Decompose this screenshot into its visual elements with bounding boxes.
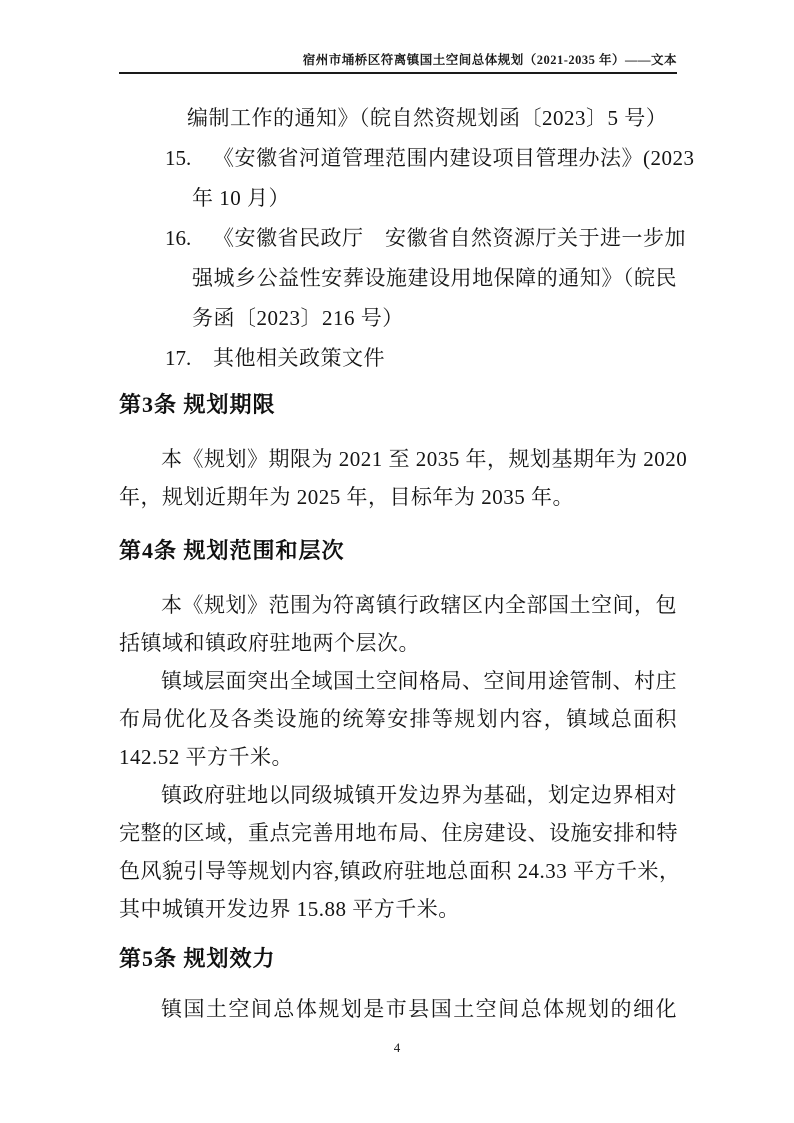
page-content: 编制工作的通知》（皖自然资规划函〔2023〕5 号） 15.《安徽省河道管理范围…	[119, 78, 677, 1028]
page-number: 4	[394, 1040, 401, 1055]
list-item-line: 其他相关政策文件	[213, 346, 385, 370]
paragraph-line: 布局优化及各类设施的统筹安排等规划内容，镇域总面积	[119, 700, 677, 738]
list-item-15: 15.《安徽省河道管理范围内建设项目管理办法》(2023	[119, 138, 677, 178]
paragraph-line: 142.52 平方千米。	[119, 738, 677, 776]
list-item-14-continuation-line: 编制工作的通知》（皖自然资规划函〔2023〕5 号）	[119, 98, 677, 138]
article-heading-3: 第3条 规划期限	[119, 386, 677, 424]
list-item-line: 《安徽省河道管理范围内建设项目管理办法》(2023	[213, 146, 695, 170]
paragraph-line: 括镇域和镇政府驻地两个层次。	[119, 624, 677, 662]
paragraph-line: 年，规划近期年为 2025 年，目标年为 2035 年。	[119, 478, 677, 516]
paragraph-line: 完整的区域，重点完善用地布局、住房建设、设施安排和特	[119, 814, 677, 852]
list-item-16-line-3: 务函〔2023〕216 号）	[119, 298, 677, 338]
list-item-number: 16.	[165, 218, 213, 258]
paragraph-line: 本《规划》范围为符离镇行政辖区内全部国土空间，包	[119, 586, 677, 624]
list-item-15-line-2: 年 10 月）	[119, 178, 677, 218]
list-item-16: 16.《安徽省民政厅 安徽省自然资源厅关于进一步加	[119, 218, 677, 258]
list-item-number: 17.	[165, 338, 213, 378]
paragraph-line: 镇政府驻地以同级城镇开发边界为基础，划定边界相对	[119, 776, 677, 814]
list-item-17: 17.其他相关政策文件	[119, 338, 677, 378]
header-title: 宿州市埇桥区符离镇国土空间总体规划（2021-2035 年）——文本	[303, 53, 677, 67]
article-heading-5: 第5条 规划效力	[119, 940, 677, 978]
list-item-number: 15.	[165, 138, 213, 178]
paragraph-line: 镇域层面突出全域国土空间格局、空间用途管制、村庄	[119, 662, 677, 700]
list-item-line: 《安徽省民政厅 安徽省自然资源厅关于进一步加	[213, 226, 686, 250]
paragraph-line: 镇国土空间总体规划是市县国土空间总体规划的细化	[119, 990, 677, 1028]
paragraph-line: 其中城镇开发边界 15.88 平方千米。	[119, 890, 677, 928]
document-page: 宿州市埇桥区符离镇国土空间总体规划（2021-2035 年）——文本 编制工作的…	[0, 0, 794, 1123]
paragraph-line: 色风貌引导等规划内容,镇政府驻地总面积 24.33 平方千米，	[119, 852, 677, 890]
page-footer: 4	[0, 1040, 794, 1056]
paragraph-line: 本《规划》期限为 2021 至 2035 年，规划基期年为 2020	[119, 440, 677, 478]
article-heading-4: 第4条 规划范围和层次	[119, 532, 677, 570]
page-header: 宿州市埇桥区符离镇国土空间总体规划（2021-2035 年）——文本	[119, 50, 677, 74]
list-item-16-line-2: 强城乡公益性安葬设施建设用地保障的通知》（皖民	[119, 258, 677, 298]
